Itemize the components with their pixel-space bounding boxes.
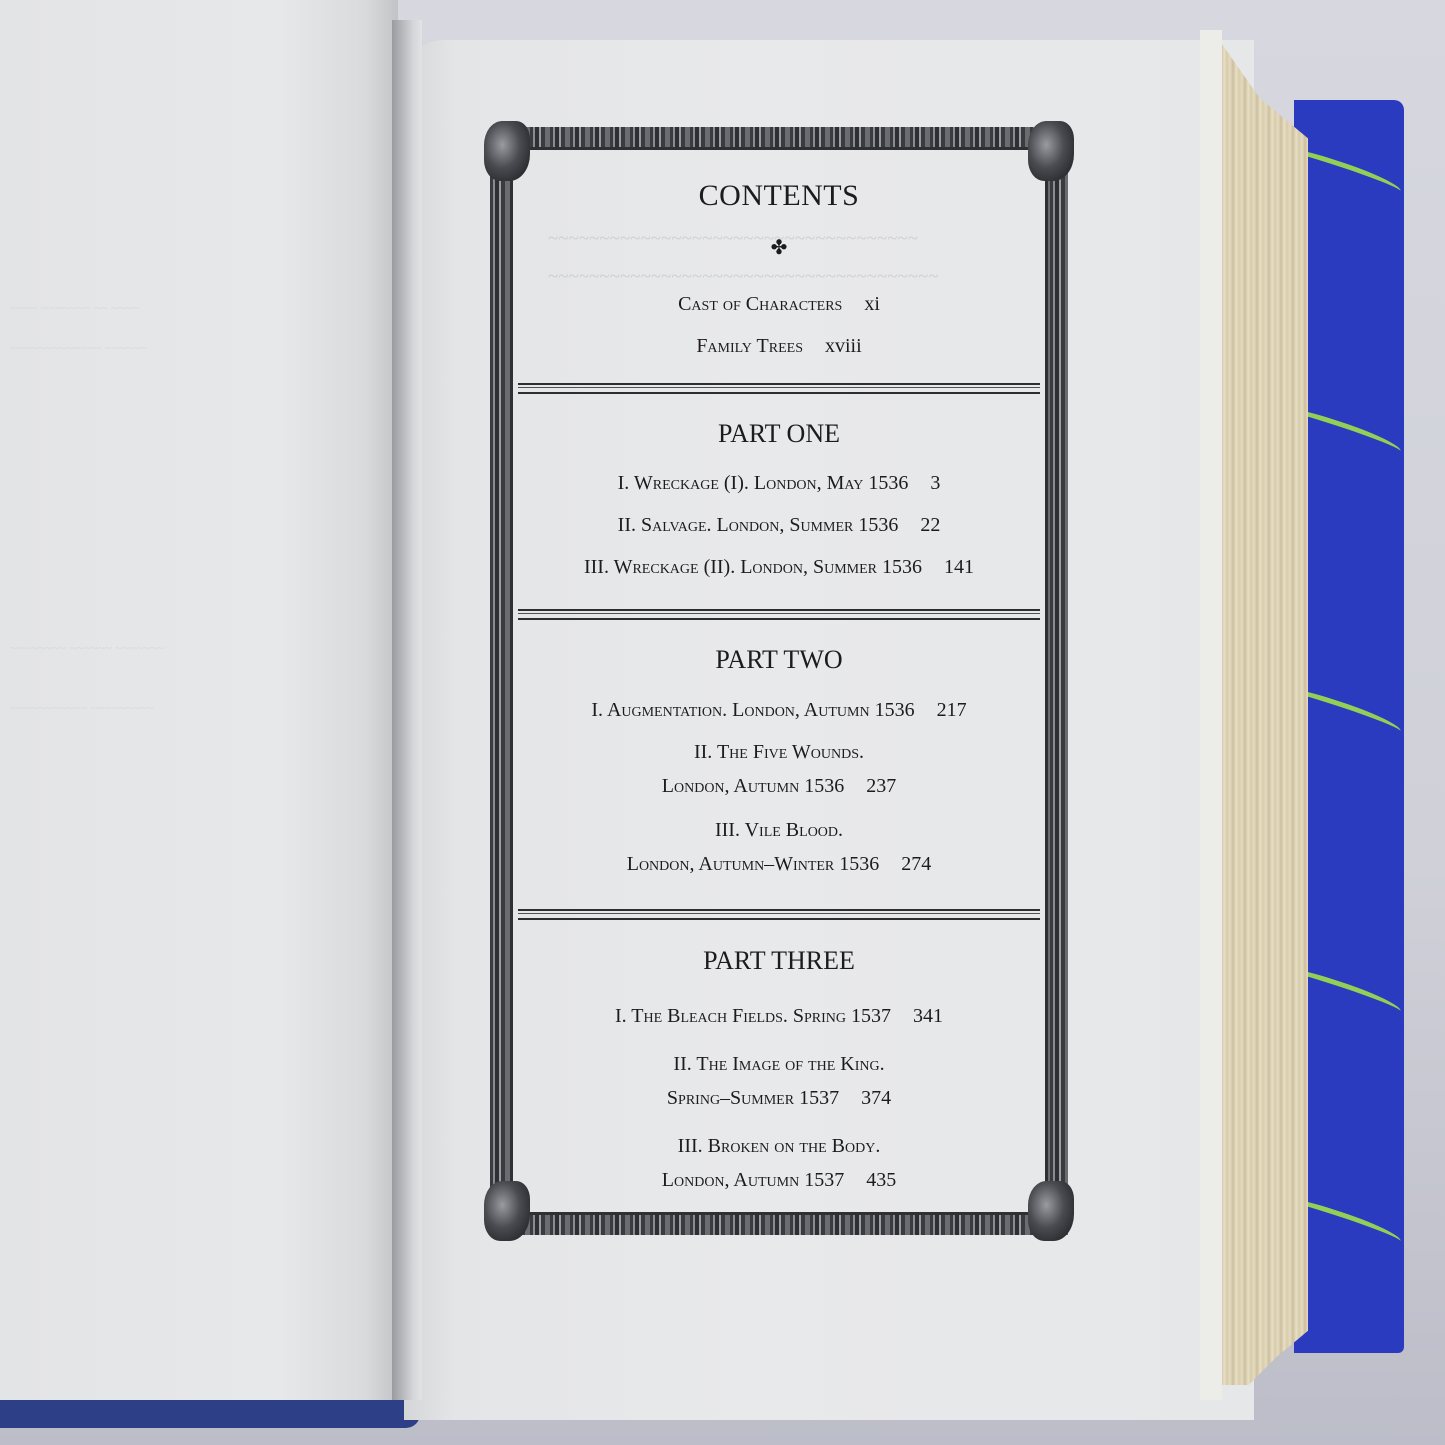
cover-stripe xyxy=(1294,139,1404,200)
toc-page-number: 237 xyxy=(866,775,896,797)
toc-page-number: 341 xyxy=(913,1005,943,1027)
toc-entry[interactable]: Spring–Summer 1537374 xyxy=(518,1087,1040,1110)
toc-entry-label: I. Wreckage (I). London, May 1536 xyxy=(618,472,909,494)
show-through-text: ~~~~~~~~ ~~~~~~ ~~~~~~~ xyxy=(10,640,164,656)
show-through-text: ~~~~ ~~~~~~~ ~~ ~~~~ xyxy=(10,300,139,316)
toc-entry[interactable]: I. The Bleach Fields. Spring 1537341 xyxy=(518,1005,1040,1028)
toc-page-number: xi xyxy=(864,293,880,315)
part-two-title: PART TWO xyxy=(518,645,1040,675)
toc-page-number: 141 xyxy=(944,556,974,578)
toc-entry-label: II. The Five Wounds. xyxy=(694,741,864,763)
toc-entry-cast[interactable]: Cast of Charactersxi xyxy=(518,293,1040,316)
part-three-title: PART THREE xyxy=(518,946,1040,976)
toc-entry-label: II. The Image of the King. xyxy=(673,1053,884,1075)
toc-entry[interactable]: II. The Five Wounds. xyxy=(518,741,1040,764)
toc-entry-label: London, Autumn 1537 xyxy=(662,1169,844,1191)
toc-entry-label: I. The Bleach Fields. Spring 1537 xyxy=(615,1005,891,1027)
page-edge-front xyxy=(1200,30,1222,1400)
toc-page-number: xviii xyxy=(825,335,862,357)
toc-entry-label: III. Broken on the Body. xyxy=(678,1135,881,1157)
contents-frame: CONTENTS ✤ Cast of Charactersxi Family T… xyxy=(490,127,1068,1235)
fleuron-icon: ✤ xyxy=(518,235,1040,260)
toc-entry-label: Family Trees xyxy=(696,335,803,357)
toc-entry-label: London, Autumn 1536 xyxy=(662,775,844,797)
cover-stripe xyxy=(1294,1189,1404,1250)
toc-entry[interactable]: II. Salvage. London, Summer 153622 xyxy=(518,514,1040,537)
toc-entry-label: I. Augmentation. London, Autumn 1536 xyxy=(591,699,914,721)
section-divider xyxy=(518,383,1040,394)
toc-entry-label: III. Vile Blood. xyxy=(715,819,843,841)
toc-entry[interactable]: II. The Image of the King. xyxy=(518,1053,1040,1076)
cover-stripe xyxy=(1294,399,1404,460)
toc-entry[interactable]: I. Augmentation. London, Autumn 1536217 xyxy=(518,699,1040,722)
section-divider xyxy=(518,609,1040,620)
toc-entry[interactable]: III. Vile Blood. xyxy=(518,819,1040,842)
cover-stripe xyxy=(1294,679,1404,740)
toc-page-number: 22 xyxy=(920,514,940,536)
toc-page-number: 3 xyxy=(930,472,940,494)
show-through-text: ~~~~~~~~~~~ ~~~~~~~~~ xyxy=(10,700,154,716)
toc-entry-label: Spring–Summer 1537 xyxy=(667,1087,839,1109)
part-one-title: PART ONE xyxy=(518,419,1040,449)
toc-entry[interactable]: III. Wreckage (II). London, Summer 15361… xyxy=(518,556,1040,579)
toc-page-number: 274 xyxy=(901,853,931,875)
toc-entry[interactable]: London, Autumn 1536237 xyxy=(518,775,1040,798)
left-page: ~~~~ ~~~~~~~ ~~ ~~~~ ~~~~~~~~~~~~~ ~~~~~… xyxy=(0,0,398,1400)
contents-body: CONTENTS ✤ Cast of Charactersxi Family T… xyxy=(518,149,1040,1213)
book-cover-right xyxy=(1294,100,1404,1353)
toc-page-number: 374 xyxy=(861,1087,891,1109)
toc-entry[interactable]: London, Autumn 1537435 xyxy=(518,1169,1040,1192)
toc-entry-label: Cast of Characters xyxy=(678,293,842,315)
toc-page-number: 217 xyxy=(937,699,967,721)
section-divider xyxy=(518,909,1040,920)
toc-entry[interactable]: I. Wreckage (I). London, May 15363 xyxy=(518,472,1040,495)
toc-entry[interactable]: III. Broken on the Body. xyxy=(518,1135,1040,1158)
cover-stripe xyxy=(1294,959,1404,1020)
toc-entry-label: II. Salvage. London, Summer 1536 xyxy=(618,514,899,536)
toc-entry-family-trees[interactable]: Family Treesxviii xyxy=(518,335,1040,358)
show-through-text: ~~~~~~~~~~~~~ ~~~~~~ xyxy=(10,340,147,356)
toc-entry-label: III. Wreckage (II). London, Summer 1536 xyxy=(584,556,922,578)
page-title: CONTENTS xyxy=(518,179,1040,213)
toc-entry[interactable]: London, Autumn–Winter 1536274 xyxy=(518,853,1040,876)
toc-page-number: 435 xyxy=(866,1169,896,1191)
toc-entry-label: London, Autumn–Winter 1536 xyxy=(627,853,880,875)
book-gutter xyxy=(392,20,422,1400)
